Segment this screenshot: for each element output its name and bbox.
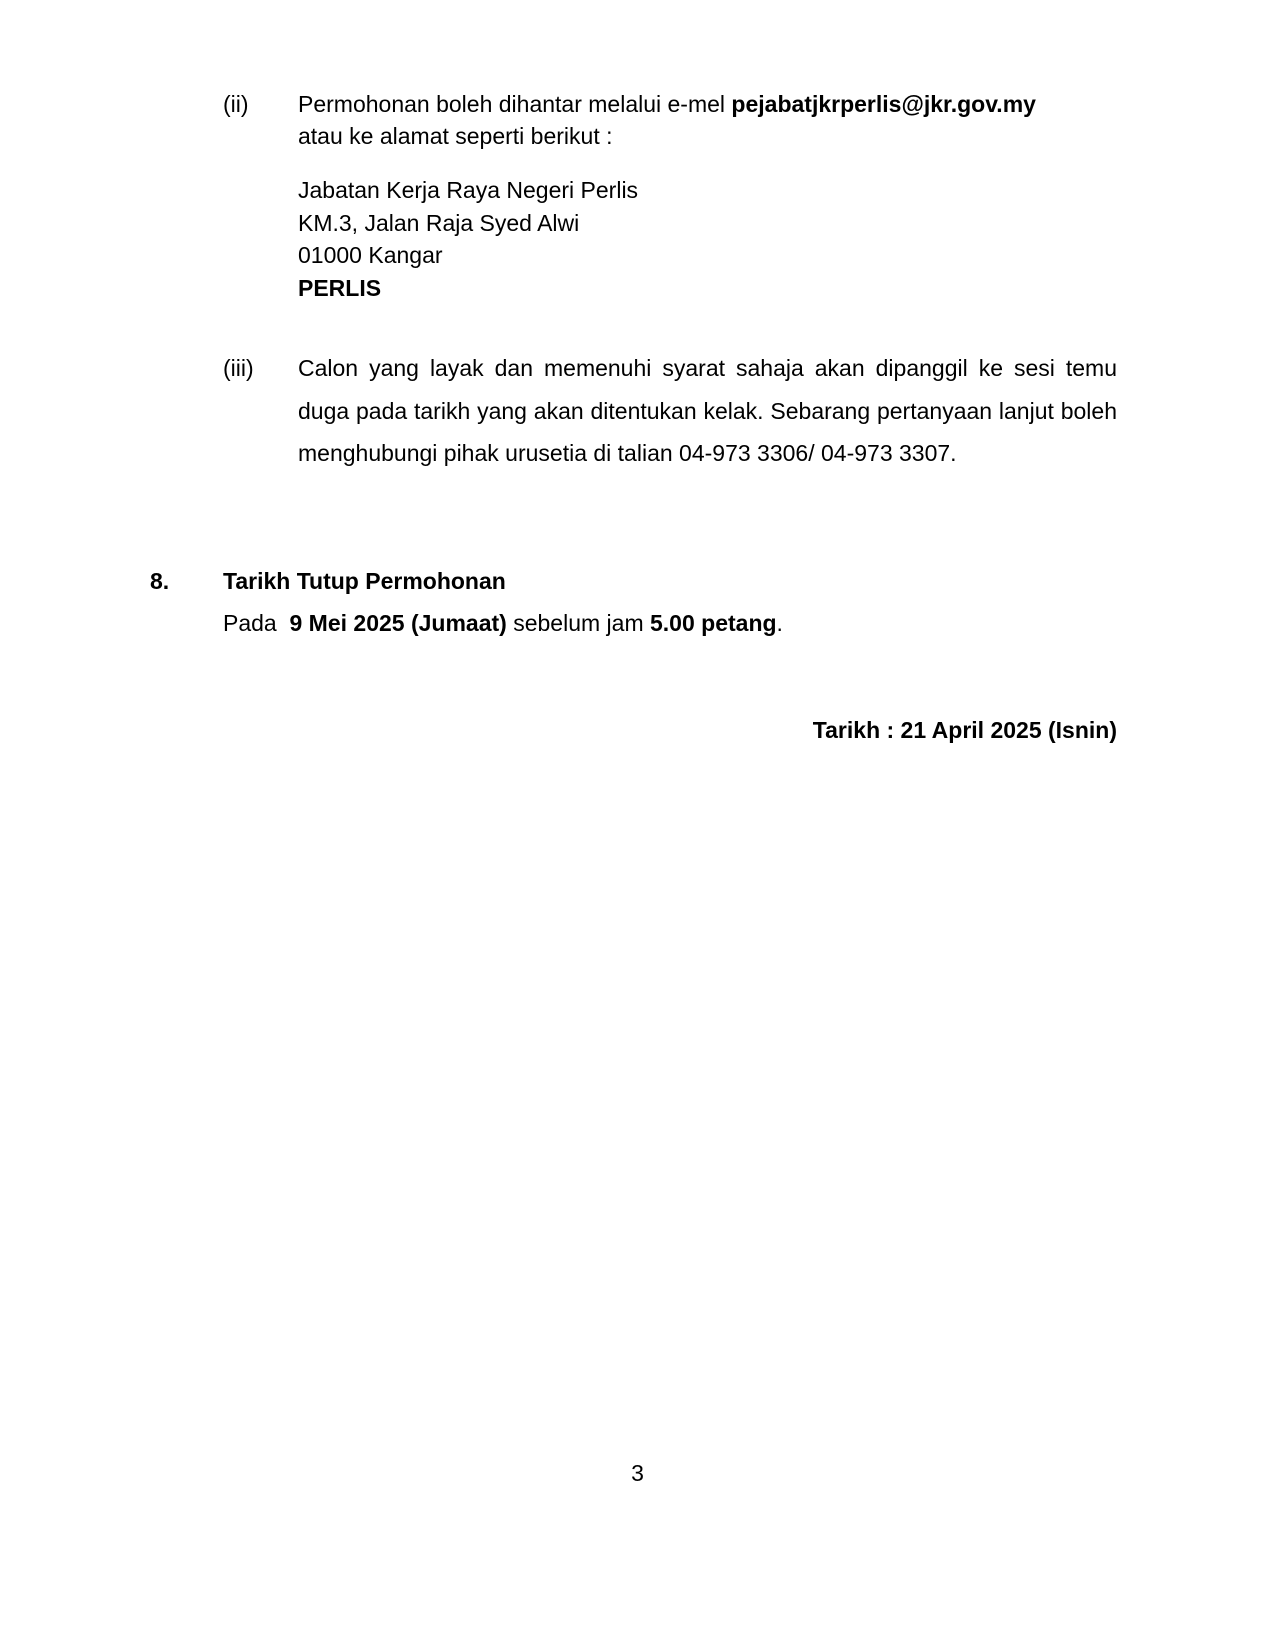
- text-middle: sebelum jam: [507, 610, 650, 636]
- mailing-address: Jabatan Kerja Raya Negeri Perlis KM.3, J…: [298, 174, 638, 304]
- list-marker: (iii): [223, 347, 254, 390]
- section-number: 8.: [150, 560, 169, 602]
- address-line-3: 01000 Kangar: [298, 239, 638, 272]
- page-number: 3: [0, 1460, 1275, 1487]
- closing-date-text: Pada 9 Mei 2025 (Jumaat) sebelum jam 5.0…: [223, 602, 1117, 644]
- list-item-iii: (iii) Calon yang layak dan memenuhi syar…: [223, 347, 1117, 475]
- closing-time: 5.00 petang: [650, 610, 777, 636]
- email-link[interactable]: pejabatjkrperlis@jkr.gov.my: [731, 91, 1036, 117]
- list-item-ii: (ii) Permohonan boleh dihantar melalui e…: [223, 88, 1117, 152]
- closing-date: 9 Mei 2025 (Jumaat): [290, 610, 507, 636]
- section-closing-date: 8. Tarikh Tutup Permohonan Pada 9 Mei 20…: [150, 560, 1117, 644]
- text-suffix: .: [777, 610, 783, 636]
- document-date: Tarikh : 21 April 2025 (Isnin): [813, 717, 1117, 744]
- application-submission-text: Permohonan boleh dihantar melalui e-mel …: [298, 88, 1117, 152]
- address-line-4: PERLIS: [298, 272, 638, 305]
- address-line-1: Jabatan Kerja Raya Negeri Perlis: [298, 174, 638, 207]
- interview-info-text: Calon yang layak dan memenuhi syarat sah…: [298, 347, 1117, 475]
- address-line-2: KM.3, Jalan Raja Syed Alwi: [298, 207, 638, 240]
- text-after-email: atau ke alamat seperti berikut :: [298, 123, 613, 149]
- section-heading: Tarikh Tutup Permohonan: [223, 560, 1117, 602]
- text-prefix: Pada: [223, 610, 290, 636]
- list-marker: (ii): [223, 88, 249, 120]
- text-before-email: Permohonan boleh dihantar melalui e-mel: [298, 91, 731, 117]
- document-page: (ii) Permohonan boleh dihantar melalui e…: [0, 0, 1275, 1650]
